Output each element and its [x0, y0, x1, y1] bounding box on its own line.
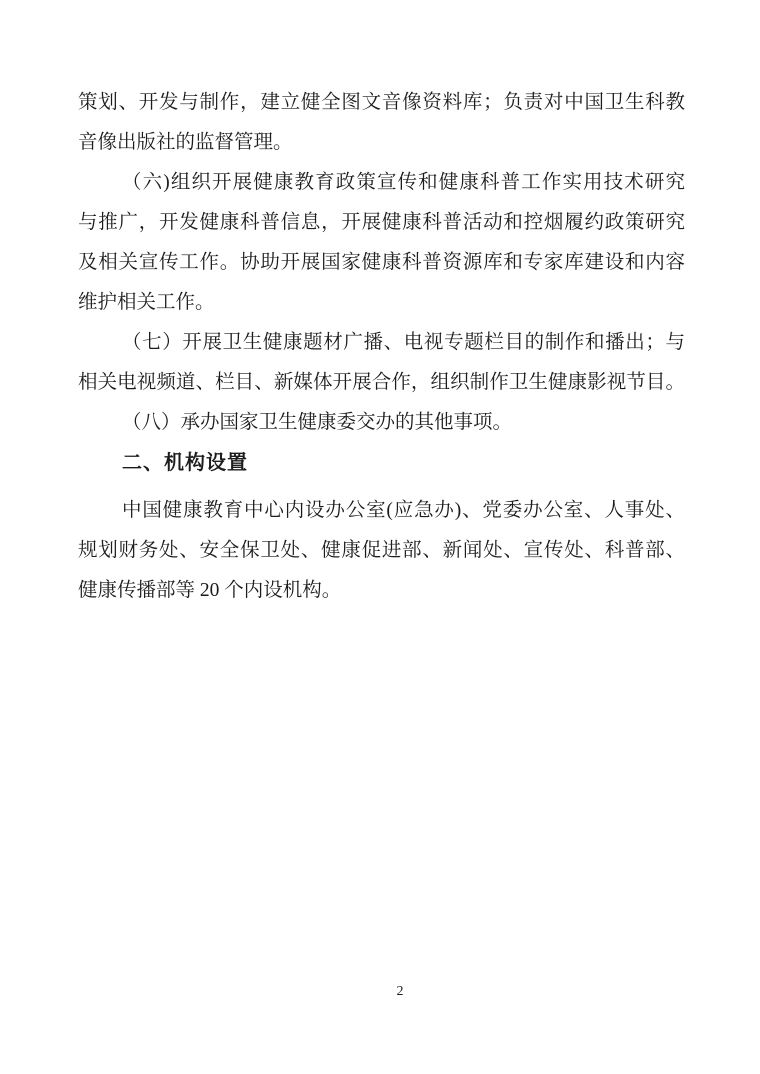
para-item-seven: （七）开展卫生健康题材广播、电视专题栏目的制作和播出；与相关电视频道、栏目、新媒… [78, 323, 685, 403]
text-line: 及相关宣传工作。协助开展国家健康科普资源库和专家库建设和内容 [78, 243, 685, 283]
text-line: （八）承办国家卫生健康委交办的其他事项。 [78, 403, 685, 443]
text-line: 健康传播部等 20 个内设机构。 [78, 571, 685, 611]
text-line: 策划、开发与制作，建立健全图文音像资料库；负责对中国卫生科教 [78, 83, 685, 123]
para-internal-departments: 中国健康教育中心内设办公室(应急办)、党委办公室、人事处、规划财务处、安全保卫处… [78, 491, 685, 611]
page-footer: 2 [40, 982, 760, 1002]
para-item-six: （六)组织开展健康教育政策宣传和健康科普工作实用技术研究与推广，开发健康科普信息… [78, 163, 685, 323]
para-item-eight: （八）承办国家卫生健康委交办的其他事项。 [78, 403, 685, 443]
document-page: 策划、开发与制作，建立健全图文音像资料库；负责对中国卫生科教音像出版社的监督管理… [0, 0, 760, 1074]
heading-section-two-organization: 二、机构设置 [78, 443, 685, 483]
page-number: 2 [397, 984, 404, 999]
text-line: 中国健康教育中心内设办公室(应急办)、党委办公室、人事处、 [78, 491, 685, 531]
text-line: 规划财务处、安全保卫处、健康促进部、新闻处、宣传处、科普部、 [78, 531, 685, 571]
text-line: （七）开展卫生健康题材广播、电视专题栏目的制作和播出；与 [78, 323, 685, 363]
para-continued-from-previous-page: 策划、开发与制作，建立健全图文音像资料库；负责对中国卫生科教音像出版社的监督管理… [78, 83, 685, 163]
document-body: 策划、开发与制作，建立健全图文音像资料库；负责对中国卫生科教音像出版社的监督管理… [78, 83, 685, 611]
text-line: （六)组织开展健康教育政策宣传和健康科普工作实用技术研究 [78, 163, 685, 203]
text-line: 相关电视频道、栏目、新媒体开展合作，组织制作卫生健康影视节目。 [78, 363, 685, 403]
text-line: 与推广，开发健康科普信息，开展健康科普活动和控烟履约政策研究 [78, 203, 685, 243]
text-line: 音像出版社的监督管理。 [78, 123, 685, 163]
text-line: 维护相关工作。 [78, 283, 685, 323]
section-heading-text: 二、机构设置 [78, 443, 685, 483]
